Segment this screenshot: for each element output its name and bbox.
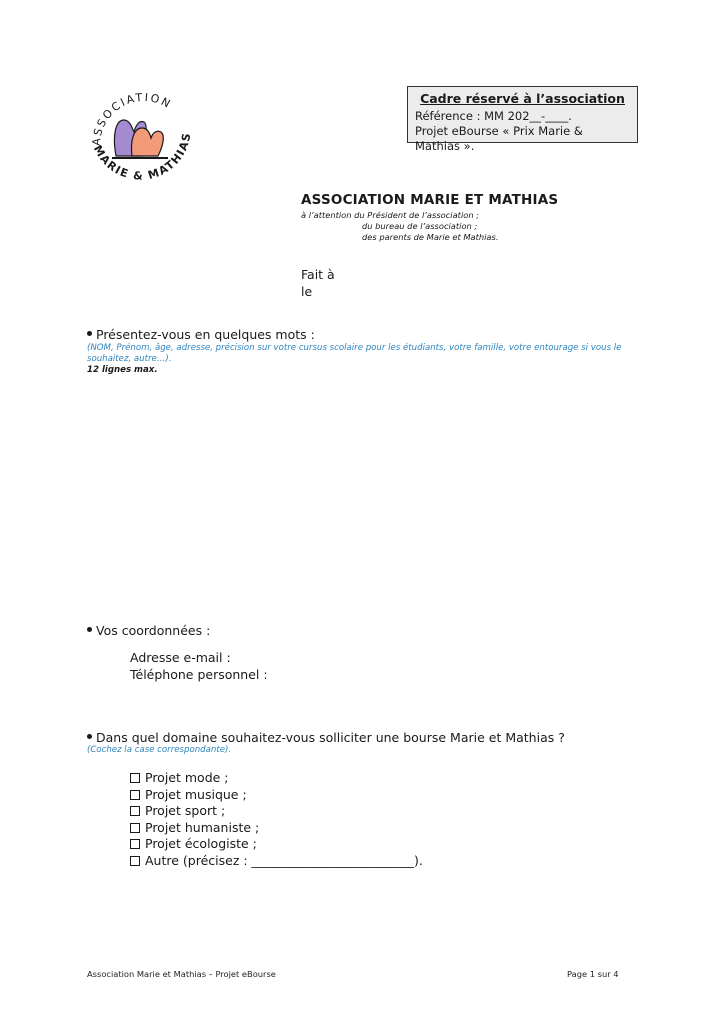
- option-humaniste[interactable]: Projet humaniste ;: [130, 820, 423, 837]
- option-label: Projet humaniste ;: [145, 820, 259, 837]
- addressee-line-parents: des parents de Marie et Mathias.: [362, 232, 498, 243]
- contact-question: Vos coordonnées :: [87, 623, 210, 638]
- option-label: Projet mode ;: [145, 770, 229, 787]
- checkbox-icon[interactable]: [130, 790, 140, 800]
- checkbox-icon[interactable]: [130, 823, 140, 833]
- reference-line: Référence : MM 202__-____.: [415, 109, 630, 124]
- presentation-label: Présentez-vous en quelques mots :: [96, 327, 315, 342]
- bullet-icon: [87, 734, 92, 739]
- place-label[interactable]: Fait à: [301, 266, 335, 283]
- contact-label: Vos coordonnées :: [96, 623, 210, 638]
- bullet-icon: [87, 331, 92, 336]
- option-label: Projet sport ;: [145, 803, 225, 820]
- option-ecologiste[interactable]: Projet écologiste ;: [130, 836, 423, 853]
- logo-emblem-icon: ASSOCIATION MARIE & MATHIAS: [82, 84, 202, 194]
- option-mode[interactable]: Projet mode ;: [130, 770, 423, 787]
- option-musique[interactable]: Projet musique ;: [130, 787, 423, 804]
- contact-fields: Adresse e-mail : Téléphone personnel :: [130, 649, 268, 683]
- option-sport[interactable]: Projet sport ;: [130, 803, 423, 820]
- presentation-question: Présentez-vous en quelques mots :: [87, 327, 315, 342]
- place-date-block: Fait à le: [301, 266, 335, 300]
- addressee-title: ASSOCIATION MARIE ET MATHIAS: [301, 192, 558, 208]
- reserved-box-title: Cadre réservé à l’association: [415, 91, 630, 106]
- footer-left: Association Marie et Mathias – Projet eB…: [87, 969, 276, 979]
- domain-options: Projet mode ; Projet musique ; Projet sp…: [130, 770, 423, 869]
- option-label: Autre (précisez : ______________________…: [145, 853, 423, 870]
- date-label[interactable]: le: [301, 283, 335, 300]
- domain-hint: (Cochez la case correspondante).: [87, 745, 231, 756]
- phone-field-label[interactable]: Téléphone personnel :: [130, 666, 268, 683]
- domain-label: Dans quel domaine souhaitez-vous sollici…: [96, 730, 565, 745]
- checkbox-icon[interactable]: [130, 856, 140, 866]
- bullet-icon: [87, 627, 92, 632]
- addressee-line-president: à l’attention du Président de l’associat…: [301, 210, 479, 221]
- presentation-hint: (NOM, Prénom, âge, adresse, précision su…: [87, 343, 647, 364]
- page-number: Page 1 sur 4: [567, 969, 619, 979]
- checkbox-icon[interactable]: [130, 839, 140, 849]
- reserved-for-association-box: Cadre réservé à l’association Référence …: [407, 86, 638, 143]
- option-label: Projet musique ;: [145, 787, 247, 804]
- checkbox-icon[interactable]: [130, 773, 140, 783]
- addressee-line-bureau: du bureau de l’association ;: [362, 221, 477, 232]
- email-field-label[interactable]: Adresse e-mail :: [130, 649, 268, 666]
- domain-question: Dans quel domaine souhaitez-vous sollici…: [87, 730, 565, 745]
- association-logo: ASSOCIATION MARIE & MATHIAS: [82, 84, 202, 194]
- option-label: Projet écologiste ;: [145, 836, 257, 853]
- project-line: Projet eBourse « Prix Marie & Mathias ».: [415, 124, 630, 154]
- option-autre[interactable]: Autre (précisez : ______________________…: [130, 853, 423, 870]
- checkbox-icon[interactable]: [130, 806, 140, 816]
- presentation-max-lines: 12 lignes max.: [87, 365, 158, 375]
